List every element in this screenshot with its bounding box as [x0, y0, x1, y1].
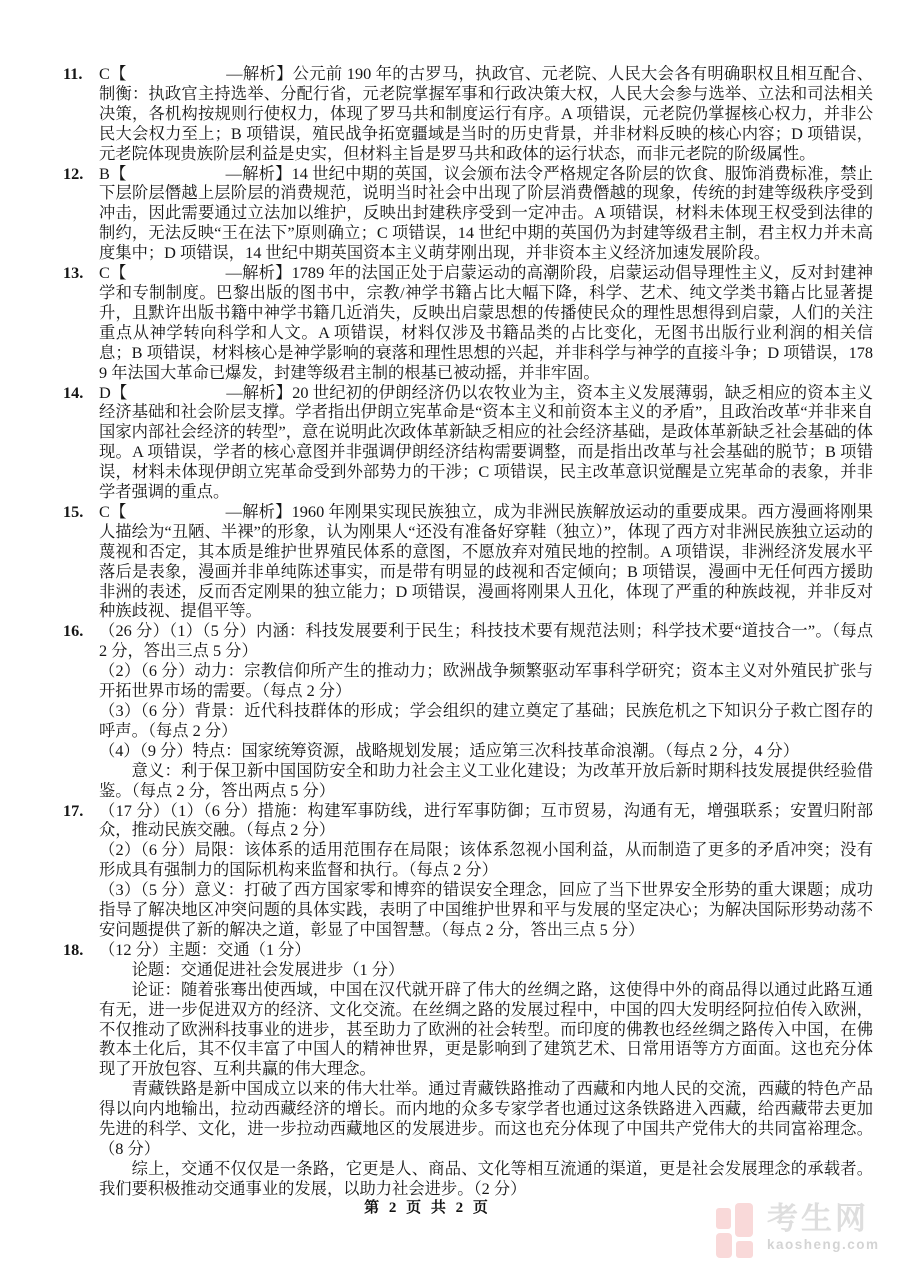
item-number: 14. [63, 383, 99, 403]
answer-key-list: 11.C【 —解析】公元前 190 年的古罗马，执政官、元老院、人民大会各有明确… [63, 64, 873, 1199]
answer-item: 14.D【 —解析】20 世纪初的伊朗经济仍以农牧业为主，资本主义发展薄弱，缺乏… [63, 383, 873, 502]
item-number: 15. [63, 502, 99, 522]
item-paragraph: 意义：利于保卫新中国国防安全和助力社会主义工业化建设；为改革开放后新时期科技发展… [99, 761, 873, 801]
item-number: 11. [63, 64, 99, 84]
item-paragraph: 青藏铁路是新中国成立以来的伟大壮举。通过青藏铁路推动了西藏和内地人民的交流，西藏… [99, 1079, 873, 1159]
item-paragraph: C【 —解析】1789 年的法国正处于启蒙运动的高潮阶段，启蒙运动倡导理性主义，… [99, 263, 873, 382]
item-number: 13. [63, 263, 99, 283]
item-paragraph: C【 —解析】公元前 190 年的古罗马，执政官、元老院、人民大会各有明确职权且… [99, 64, 873, 164]
item-number: 17. [63, 801, 99, 821]
item-paragraph: （3）（6 分）背景：近代科技群体的形成；学会组织的建立奠定了基础；民族危机之下… [99, 701, 873, 741]
answer-item: 18.（12 分）主题：交通（1 分）论题：交通促进社会发展进步（1 分）论证：… [63, 940, 873, 1199]
item-body: （26 分）（1）（5 分）内涵：科技发展要利于民生；科技技术要有规范法则；科学… [99, 621, 873, 800]
item-body: （12 分）主题：交通（1 分）论题：交通促进社会发展进步（1 分）论证：随着张… [99, 940, 873, 1199]
item-paragraph: 综上，交通不仅仅是一条路，它更是人、商品、文化等相互流通的渠道，更是社会发展理念… [99, 1159, 873, 1199]
item-paragraph: （12 分）主题：交通（1 分） [99, 940, 873, 960]
answer-item: 16.（26 分）（1）（5 分）内涵：科技发展要利于民生；科技技术要有规范法则… [63, 621, 873, 800]
item-body: C【 —解析】1960 年刚果实现民族独立，成为非洲民族解放运动的重要成果。西方… [99, 502, 873, 621]
item-paragraph: 论题：交通促进社会发展进步（1 分） [99, 960, 873, 980]
item-paragraph: （2）（6 分）动力：宗教信仰所产生的推动力；欧洲战争频繁驱动军事科学研究；资本… [99, 661, 873, 701]
watermark-brand-name: 考生网 [767, 1203, 880, 1235]
answer-item: 15.C【 —解析】1960 年刚果实现民族独立，成为非洲民族解放运动的重要成果… [63, 502, 873, 621]
item-body: B【 —解析】14 世纪中期的英国，议会颁布法令严格规定各阶层的饮食、服饰消费标… [99, 164, 873, 264]
document-page: 11.C【 —解析】公元前 190 年的古罗马，执政官、元老院、人民大会各有明确… [0, 0, 900, 1273]
item-number: 12. [63, 164, 99, 184]
item-paragraph: 论证：随着张骞出使西域，中国在汉代就开辟了伟大的丝绸之路，这使得中外的商品得以通… [99, 980, 873, 1080]
item-paragraph: D【 —解析】20 世纪初的伊朗经济仍以农牧业为主，资本主义发展薄弱，缺乏相应的… [99, 383, 873, 502]
item-paragraph: B【 —解析】14 世纪中期的英国，议会颁布法令严格规定各阶层的饮食、服饰消费标… [99, 164, 873, 264]
item-paragraph: C【 —解析】1960 年刚果实现民族独立，成为非洲民族解放运动的重要成果。西方… [99, 502, 873, 621]
answer-item: 11.C【 —解析】公元前 190 年的古罗马，执政官、元老院、人民大会各有明确… [63, 64, 873, 164]
item-paragraph: （3）（5 分）意义：打破了西方国家零和博弈的错误安全理念，回应了当下世界安全形… [99, 880, 873, 940]
item-paragraph: （4）（9 分）特点：国家统筹资源，战略规划发展；适应第三次科技革命浪潮。（每点… [99, 741, 873, 761]
kaosheng-logo-icon [716, 1203, 758, 1259]
item-number: 18. [63, 940, 99, 960]
item-paragraph: （17 分）（1）（6 分）措施：构建军事防线，进行军事防御；互市贸易，沟通有无… [99, 801, 873, 841]
item-body: C【 —解析】公元前 190 年的古罗马，执政官、元老院、人民大会各有明确职权且… [99, 64, 873, 164]
watermark-text: 考生网 kaosheng.com [767, 1203, 880, 1252]
answer-item: 12.B【 —解析】14 世纪中期的英国，议会颁布法令严格规定各阶层的饮食、服饰… [63, 164, 873, 264]
item-paragraph: （2）（6 分）局限：该体系的适用范围存在局限；该体系忽视小国利益，从而制造了更… [99, 840, 873, 880]
item-number: 16. [63, 621, 99, 641]
watermark-domain: kaosheng.com [767, 1237, 880, 1252]
item-body: （17 分）（1）（6 分）措施：构建军事防线，进行军事防御；互市贸易，沟通有无… [99, 801, 873, 940]
item-body: C【 —解析】1789 年的法国正处于启蒙运动的高潮阶段，启蒙运动倡导理性主义，… [99, 263, 873, 382]
item-paragraph: （26 分）（1）（5 分）内涵：科技发展要利于民生；科技技术要有规范法则；科学… [99, 621, 873, 661]
kaosheng-watermark: 考生网 kaosheng.com [716, 1203, 880, 1259]
answer-item: 17.（17 分）（1）（6 分）措施：构建军事防线，进行军事防御；互市贸易，沟… [63, 801, 873, 940]
answer-item: 13.C【 —解析】1789 年的法国正处于启蒙运动的高潮阶段，启蒙运动倡导理性… [63, 263, 873, 382]
item-body: D【 —解析】20 世纪初的伊朗经济仍以农牧业为主，资本主义发展薄弱，缺乏相应的… [99, 383, 873, 502]
